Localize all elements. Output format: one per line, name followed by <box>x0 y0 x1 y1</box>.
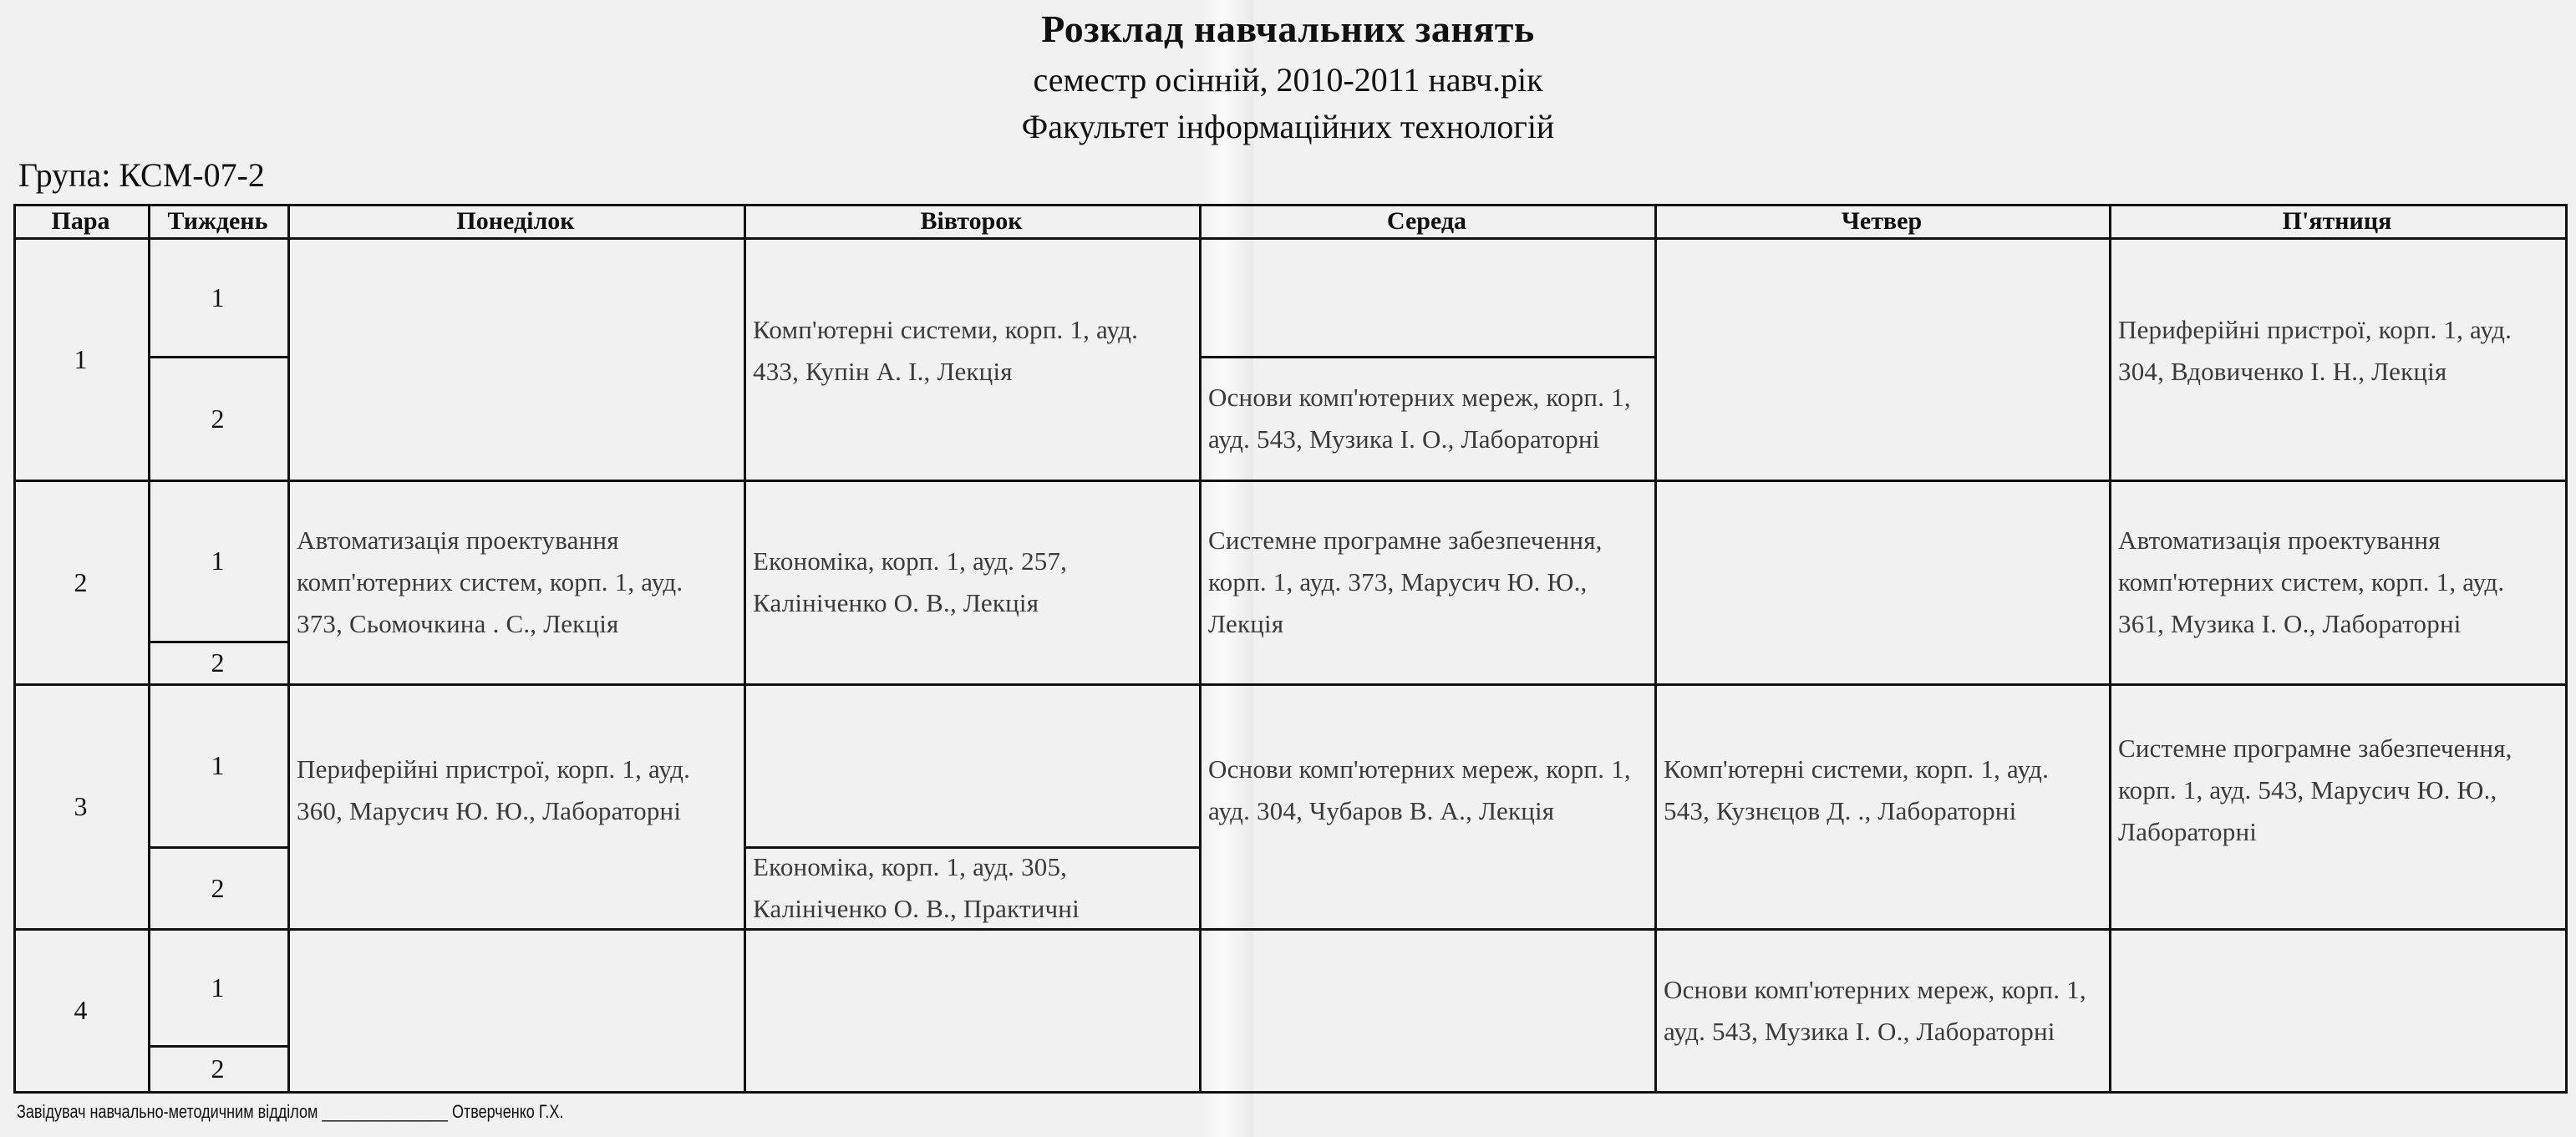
col-header-monday: Понеділок <box>287 206 744 237</box>
week-number: 2 <box>148 358 287 480</box>
pair-number: 3 <box>13 685 148 928</box>
lesson-thursday-pair4: Основи комп'ютерних мереж, корп. 1, ауд.… <box>1657 930 2106 1091</box>
lesson-wednesday-pair2: Системне програмне забезпечення, корп. 1… <box>1202 481 1653 683</box>
col-header-thursday: Четвер <box>1654 206 2109 237</box>
lesson-tuesday-pair2: Економіка, корп. 1, ауд. 257, Калініченк… <box>746 481 1197 683</box>
week-number: 1 <box>148 930 287 1045</box>
lesson-wednesday-pair1-week2: Основи комп'ютерних мереж, корп. 1, ауд.… <box>1202 358 1653 480</box>
lesson-thursday-pair3: Комп'ютерні системи, корп. 1, ауд. 543, … <box>1657 685 2106 928</box>
week-number: 1 <box>148 239 287 356</box>
lesson-wednesday-pair3: Основи комп'ютерних мереж, корп. 1, ауд.… <box>1202 685 1653 928</box>
pair-number: 2 <box>13 481 148 683</box>
week-number: 2 <box>148 1047 287 1091</box>
week-number: 1 <box>148 481 287 641</box>
pair-number: 1 <box>13 239 148 480</box>
lesson-friday-pair3: Системне програмне забезпечення, корп. 1… <box>2111 685 2563 928</box>
col-header-tuesday: Вівторок <box>744 206 1199 237</box>
lesson-tuesday-pair3-week2: Економіка, корп. 1, ауд. 305, Калініченк… <box>746 848 1197 928</box>
col-header-wednesday: Середа <box>1199 206 1654 237</box>
week-number: 2 <box>148 642 287 683</box>
lesson-friday-pair2: Автоматизація проектування комп'ютерних … <box>2111 481 2563 683</box>
lesson-friday-pair1: Периферійні пристрої, корп. 1, ауд. 304,… <box>2111 239 2563 480</box>
lesson-tuesday-pair1: Комп'ютерні системи, корп. 1, ауд. 433, … <box>746 239 1197 480</box>
week-number: 2 <box>148 848 287 928</box>
col-header-friday: П'ятниця <box>2109 206 2565 237</box>
col-header-week: Тиждень <box>148 206 287 237</box>
pair-number: 4 <box>13 930 148 1091</box>
week-number: 1 <box>148 685 287 846</box>
lesson-monday-pair2: Автоматизація проектування комп'ютерних … <box>290 481 741 683</box>
schedule-table: Пара Тиждень Понеділок Вівторок Середа Ч… <box>0 0 2576 1137</box>
col-header-pair: Пара <box>13 206 148 237</box>
lesson-monday-pair3: Периферійні пристрої, корп. 1, ауд. 360,… <box>290 685 741 928</box>
signature-footer: Завідувач навчально-методичним відділом … <box>17 1101 563 1123</box>
